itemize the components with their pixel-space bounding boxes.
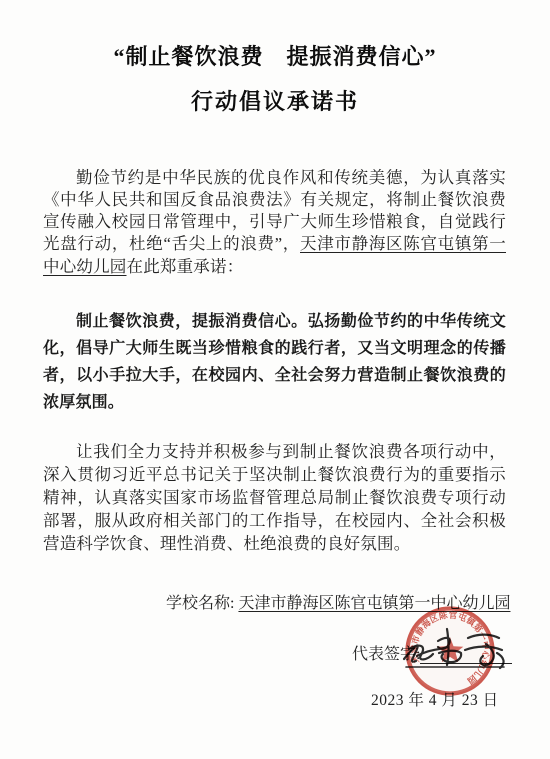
paragraph-pledge-bold: 制止餐饮浪费，提振消费信心。弘扬勤俭节约的中华传统文化，倡导广大师生既当珍惜粮食… [43, 308, 506, 416]
school-name-value-underlined: 天津市静海区陈官屯镇第一中心幼儿园 [238, 595, 510, 612]
paragraph-intro: 勤俭节约是中华民族的优良作风和传统美德，为认真落实《中华人民共和国反食品浪费法》… [43, 167, 506, 278]
school-name-label: 学校名称: [166, 595, 234, 612]
paragraph-intro-suffix: 在此郑重承诺： [127, 257, 244, 276]
document-subtitle: 行动倡议承诺书 [0, 85, 550, 116]
document-title: “制止餐饮浪费 提振消费信心” [0, 40, 550, 71]
school-name-line: 学校名称: 天津市静海区陈官屯镇第一中心幼儿园 [166, 590, 510, 613]
representative-signature-line: 代表签字: [352, 641, 512, 664]
signature-label: 代表签字: [352, 646, 420, 663]
date-line: 2023 年 4 月 23 日 [371, 688, 499, 710]
signature-blank-underline [420, 646, 512, 664]
paragraph-commitment: 让我们全力支持并积极参与到制止餐饮浪费各项行动中，深入贯彻习近平总书记关于坚决制… [43, 440, 506, 556]
scanned-commitment-letter: “制止餐饮浪费 提振消费信心” 行动倡议承诺书 勤俭节约是中华民族的优良作风和传… [0, 0, 550, 759]
